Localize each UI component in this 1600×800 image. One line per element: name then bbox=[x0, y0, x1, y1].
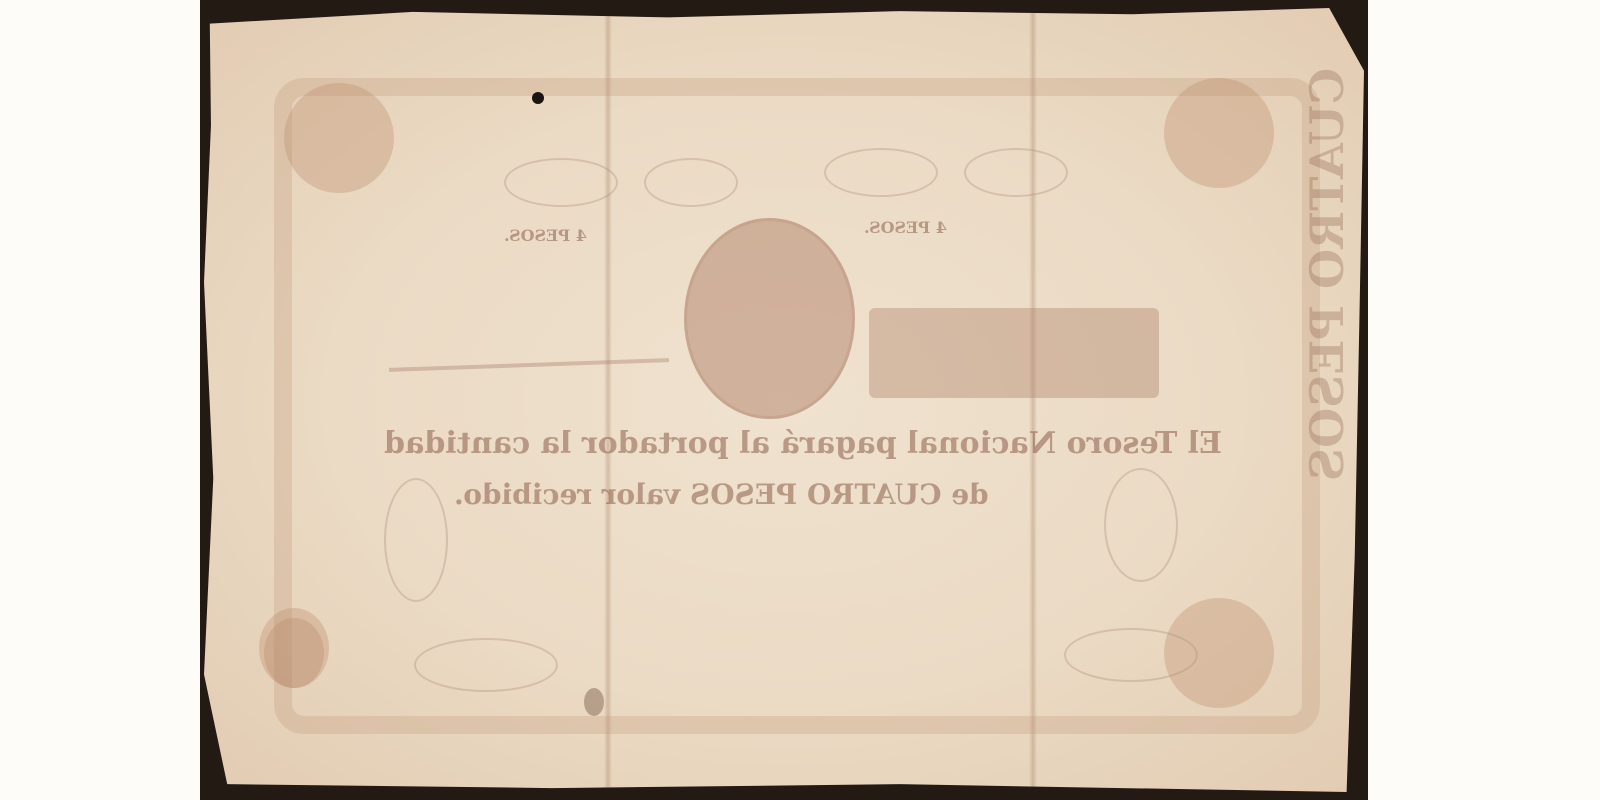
scrollwork-ornament bbox=[1104, 468, 1178, 582]
landscape-vignette bbox=[869, 308, 1159, 398]
denomination-label-right: 4 PESOS. bbox=[864, 218, 947, 237]
corner-medallion-top-right bbox=[1164, 78, 1274, 188]
scrollwork-ornament bbox=[644, 158, 738, 207]
scrollwork-ornament bbox=[384, 478, 448, 602]
banknote: 4 PESOS. 4 PESOS. El Tesoro Nacional pag… bbox=[204, 8, 1364, 792]
corner-medallion-top-left bbox=[284, 83, 394, 193]
stain bbox=[584, 688, 604, 716]
scrollwork-ornament bbox=[1064, 628, 1198, 682]
central-oval-vignette bbox=[684, 218, 855, 419]
promise-text-line-1: El Tesoro Nacional pagará al portador la… bbox=[384, 426, 1222, 461]
scrollwork-ornament bbox=[504, 158, 618, 207]
scrollwork-ornament bbox=[414, 638, 558, 692]
promise-text-line-2: de CUATRO PESOS valor recibido. bbox=[454, 478, 989, 511]
denomination-label-left: 4 PESOS. bbox=[504, 226, 587, 245]
side-panel-text: CUATRO PESOS bbox=[1300, 68, 1354, 481]
scrollwork-ornament bbox=[824, 148, 938, 197]
scrollwork-ornament bbox=[964, 148, 1068, 197]
stain bbox=[264, 618, 324, 688]
pinhole bbox=[532, 92, 544, 104]
